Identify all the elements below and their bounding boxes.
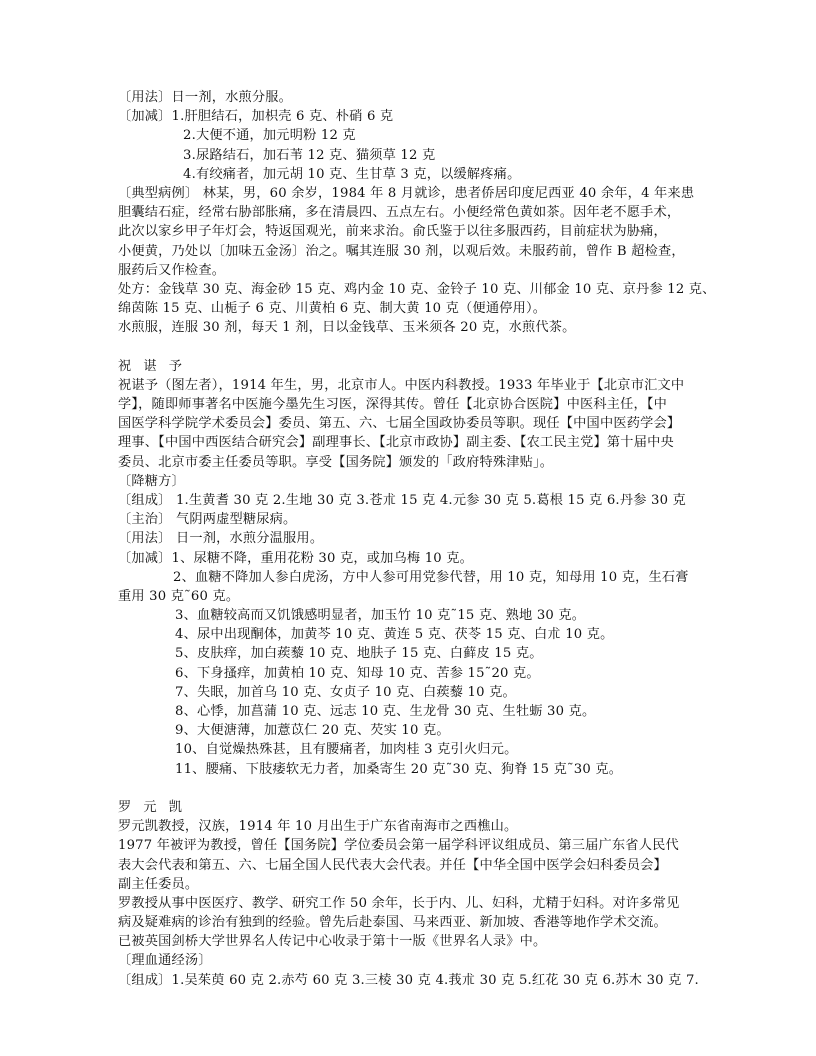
modification-line: 7、失眠，加首乌 10 克、女贞子 10 克、白蒺藜 10 克。 xyxy=(118,683,720,702)
document-page: 〔用法〕日一剂，水煎分服。 〔加减〕1.肝胆结石，加枳壳 6 克、朴硝 6 克 … xyxy=(118,88,720,990)
usage-line: 〔用法〕 日一剂，水煎分温服用。 xyxy=(118,529,720,548)
modification-line: 4.有绞痛者，加元胡 10 克、生甘草 3 克，以缓解疼痛。 xyxy=(118,165,720,184)
composition-line: 〔组成〕1.吴茱萸 60 克 2.赤芍 60 克 3.三棱 30 克 4.莪朮 … xyxy=(118,971,720,990)
bio-line: 病及疑难病的诊治有独到的经验。曾先后赴泰国、马来西亚、新加坡、香港等地作学术交流… xyxy=(118,913,720,932)
modification-line: 3、血糖较高而又饥饿感明显者，加玉竹 10 克˜15 克、熟地 30 克。 xyxy=(118,606,720,625)
formula-title: 〔理血通经汤〕 xyxy=(118,951,720,970)
spacer xyxy=(118,779,720,798)
bio-line: 国医学科学院学术委员会】委员、第五、六、七届全国政协委员等职。现任【中国中医药学… xyxy=(118,414,720,433)
modification-line: 8、心悸，加菖蒲 10 克、远志 10 克、生龙骨 30 克、生牡蛎 30 克。 xyxy=(118,702,720,721)
modification-line: 2、血糖不降加人参白虎汤，方中人参可用党参代替，用 10 克，知母用 10 克，… xyxy=(118,568,720,587)
bio-line: 表大会代表和第五、六、七届全国人民代表大会代表。并任【中华全国中医学会妇科委员会… xyxy=(118,856,720,875)
bio-line: 祝谌予（图左者），1914 年生，男，北京市人。中医内科教授。1933 年毕业于… xyxy=(118,376,720,395)
case-line: 胆囊结石症，经常右胁部胀痛，多在清晨四、五点左右。小便经常色黄如茶。因年老不愿手… xyxy=(118,203,720,222)
modification-line: 2.大便不通，加元明粉 12 克 xyxy=(118,126,720,145)
case-line: 小便黄，乃处以〔加味五金汤〕治之。嘱其连服 30 剂，以观后效。未服药前，曾作 … xyxy=(118,242,720,261)
prescription-line: 绵茵陈 15 克、山栀子 6 克、川黄柏 6 克、制大黄 10 克（便通停用）。 xyxy=(118,299,720,318)
modification-line: 〔加减〕1、尿糖不降，重用花粉 30 克，或加乌梅 10 克。 xyxy=(118,549,720,568)
modification-line: 5、皮肤痒，加白蒺藜 10 克、地肤子 15 克、白藓皮 15 克。 xyxy=(118,644,720,663)
modification-line: 10、自觉燥热殊甚，且有腰痛者，加肉桂 3 克引火归元。 xyxy=(118,740,720,759)
modification-line: 3.尿路结石，加石苇 12 克、猫须草 12 克 xyxy=(118,146,720,165)
modification-line: 〔加减〕1.肝胆结石，加枳壳 6 克、朴硝 6 克 xyxy=(118,107,720,126)
bio-line: 委员、北京市委主任委员等职。享受【国务院】颁发的「政府特殊津贴」。 xyxy=(118,453,720,472)
case-line: 〔典型病例〕 林某，男，60 余岁，1984 年 8 月就诊，患者侨居印度尼西亚… xyxy=(118,184,720,203)
doctor-name-heading: 祝 谌 予 xyxy=(118,357,720,376)
bio-line: 理事、【中国中西医结合研究会】副理事长、【北京市政协】副主委、【农工民主党】第十… xyxy=(118,433,720,452)
bio-line: 1977 年被评为教授，曾任【国务院】学位委员会第一届学科评议组成员、第三届广东… xyxy=(118,836,720,855)
usage-line: 〔用法〕日一剂，水煎分服。 xyxy=(118,88,720,107)
bio-line: 已被英国剑桥大学世界名人传记中心收录于第十一版《世界名人录》中。 xyxy=(118,932,720,951)
modification-line: 9、大便溏薄，加薏苡仁 20 克、芡实 10 克。 xyxy=(118,721,720,740)
composition-line: 〔组成〕 1.生黄耆 30 克 2.生地 30 克 3.苍朮 15 克 4.元参… xyxy=(118,491,720,510)
bio-line: 副主任委员。 xyxy=(118,875,720,894)
modification-line: 重用 30 克˜60 克。 xyxy=(118,587,720,606)
bio-line: 学】，随即师事著名中医施今墨先生习医，深得其传。曾任【北京协合医院】中医科主任，… xyxy=(118,395,720,414)
prescription-line: 处方：金钱草 30 克、海金砂 15 克、鸡内金 10 克、金铃子 10 克、川… xyxy=(118,280,720,299)
bio-line: 罗元凯教授，汉族，1914 年 10 月出生于广东省南海市之西樵山。 xyxy=(118,817,720,836)
bio-line: 罗教授从事中医医疗、教学、研究工作 50 余年，长于内、儿、妇科，尤精于妇科。对… xyxy=(118,894,720,913)
case-line: 服药后又作检查。 xyxy=(118,261,720,280)
formula-title: 〔降糖方〕 xyxy=(118,472,720,491)
modification-line: 4、尿中出现酮体，加黄芩 10 克、黄连 5 克、茯苓 15 克、白朮 10 克… xyxy=(118,625,720,644)
indication-line: 〔主治〕 气阴两虚型糖尿病。 xyxy=(118,510,720,529)
case-line: 此次以家乡甲子年灯会，特返国观光，前来求治。俞氏鉴于以往多服西药，目前症状为胁痛… xyxy=(118,222,720,241)
doctor-name-heading: 罗 元 凯 xyxy=(118,798,720,817)
prescription-line: 水煎服，连服 30 剂，每天 1 剂，日以金钱草、玉米须各 20 克，水煎代茶。 xyxy=(118,318,720,337)
modification-line: 11、腰痛、下肢痿软无力者，加桑寄生 20 克˜30 克、狗脊 15 克˜30 … xyxy=(118,760,720,779)
modification-line: 6、下身搔痒，加黄柏 10 克、知母 10 克、苦参 15˜20 克。 xyxy=(118,664,720,683)
spacer xyxy=(118,337,720,356)
